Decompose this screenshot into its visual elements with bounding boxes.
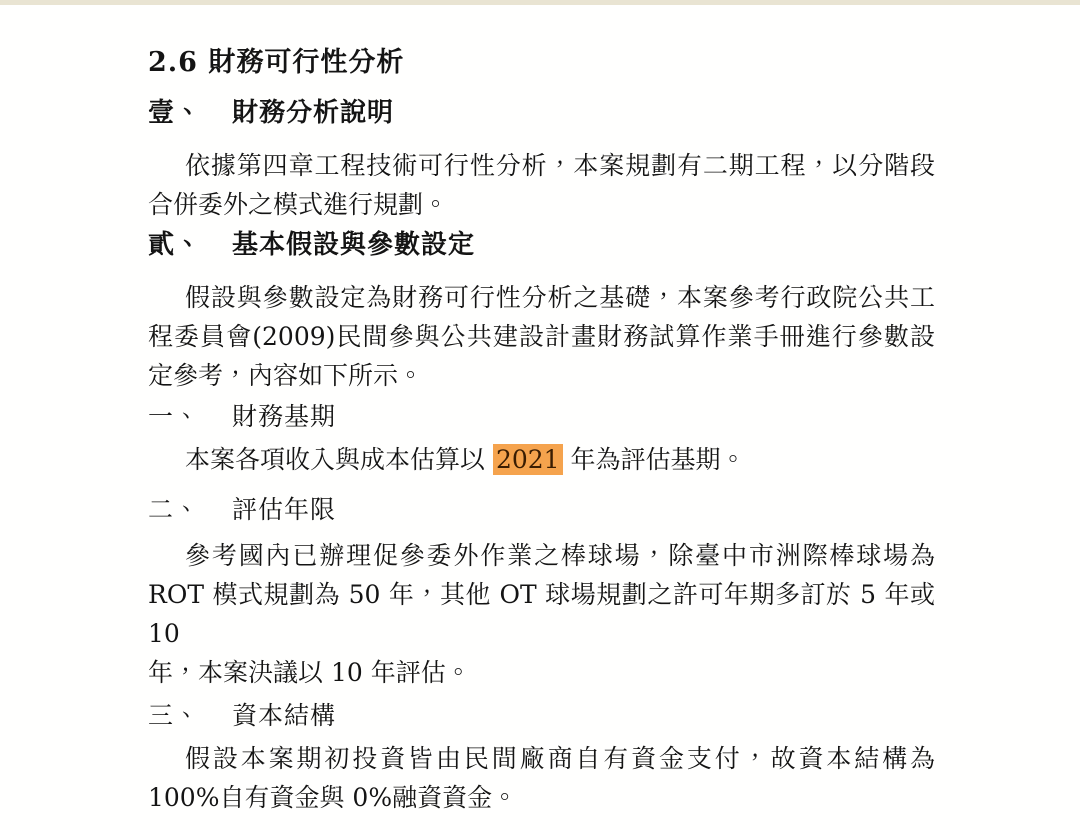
subheading-label: 資本結構 (232, 701, 336, 730)
section-title: 2.6 財務可行性分析 (148, 44, 935, 82)
subheading-label: 財務基期 (232, 402, 336, 431)
paragraph-evaluation-years: 參考國內已辦理促參委外作業之棒球場，除臺中市洲際棒球場為 ROT 模式規劃為 5… (148, 536, 935, 692)
subheading-number: 三、 (148, 697, 232, 735)
paragraph-line: 依據第四章工程技術可行性分析，本案規劃有二期工程，以分階段 (148, 146, 935, 185)
paragraph-line: 100%自有資金與 0%融資資金。 (148, 778, 935, 817)
subheading-financial-base-period: 一、財務基期 (148, 398, 935, 436)
heading-financial-analysis-description: 壹、財務分析說明 (148, 94, 935, 132)
heading-basic-assumptions: 貳、基本假設與參數設定 (148, 226, 935, 264)
paragraph-line: ROT 模式規劃為 50 年，其他 OT 球場規劃之許可年期多訂於 5 年或 1… (148, 575, 935, 653)
page-top-edge-strip (0, 0, 1080, 5)
subheading-number: 二、 (148, 491, 232, 529)
paragraph-line: 程委員會(2009)民間參與公共建設計畫財務試算作業手冊進行參數設 (148, 317, 935, 356)
subheading-capital-structure: 三、資本結構 (148, 697, 935, 735)
highlighted-year-2021: 2021 (493, 444, 563, 475)
base-year-text-before: 本案各項收入與成本估算以 (185, 445, 493, 474)
heading-label: 財務分析說明 (232, 98, 394, 128)
paragraph-line: 本案各項收入與成本估算以 2021 年為評估基期。 (148, 440, 935, 479)
subheading-label: 評估年限 (232, 495, 336, 524)
paragraph-line: 年，本案決議以 10 年評估。 (148, 653, 935, 692)
heading-number: 貳、 (148, 226, 232, 264)
paragraph-line: 合併委外之模式進行規劃。 (148, 185, 935, 224)
paragraph-line: 假設與參數設定為財務可行性分析之基礎，本案參考行政院公共工 (148, 278, 935, 317)
document-page: 2.6 財務可行性分析 壹、財務分析說明 依據第四章工程技術可行性分析，本案規劃… (0, 0, 1080, 830)
subheading-number: 一、 (148, 398, 232, 436)
base-year-text-after: 年為評估基期。 (563, 445, 746, 474)
heading-label: 基本假設與參數設定 (232, 230, 475, 260)
paragraph-line: 假設本案期初投資皆由民間廠商自有資金支付，故資本結構為 (148, 739, 935, 778)
paragraph-planning-basis: 依據第四章工程技術可行性分析，本案規劃有二期工程，以分階段 合併委外之模式進行規… (148, 146, 935, 224)
paragraph-capital-structure: 假設本案期初投資皆由民間廠商自有資金支付，故資本結構為 100%自有資金與 0%… (148, 739, 935, 817)
paragraph-line: 定參考，內容如下所示。 (148, 356, 935, 395)
paragraph-base-year: 本案各項收入與成本估算以 2021 年為評估基期。 (148, 440, 935, 479)
paragraph-line: 參考國內已辦理促參委外作業之棒球場，除臺中市洲際棒球場為 (148, 536, 935, 575)
document-content: 2.6 財務可行性分析 壹、財務分析說明 依據第四章工程技術可行性分析，本案規劃… (148, 44, 935, 817)
subheading-evaluation-period: 二、評估年限 (148, 491, 935, 529)
paragraph-assumptions-reference: 假設與參數設定為財務可行性分析之基礎，本案參考行政院公共工 程委員會(2009)… (148, 278, 935, 395)
heading-number: 壹、 (148, 94, 232, 132)
